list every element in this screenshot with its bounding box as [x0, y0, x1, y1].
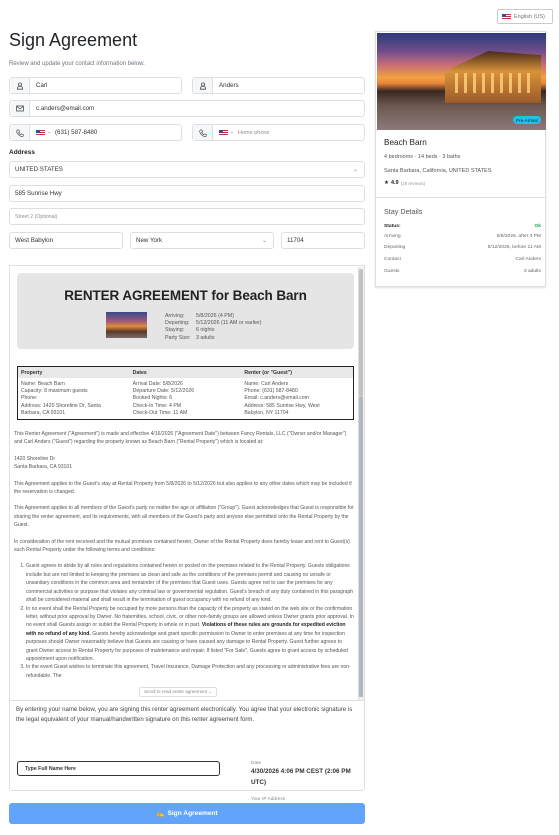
agreement-scroll-area[interactable]: RENTER AGREEMENT for Beach Barn Arriving…	[9, 265, 365, 700]
agreement-summary-table: Property Dates Renter (or "Guest") Name:…	[17, 366, 354, 420]
full-name-input[interactable]: Type Full Name Here	[17, 761, 220, 776]
agreement-header: RENTER AGREEMENT for Beach Barn Arriving…	[17, 273, 354, 349]
agreement-summary: Arriving:5/8/2026 (4 PM) Departing:5/12/…	[165, 313, 262, 342]
state-select[interactable]: New York ⌄	[130, 232, 274, 249]
city-input[interactable]: West Babylon	[9, 232, 123, 249]
term-item: Guest agrees to abide by all rules and r…	[26, 562, 354, 604]
agreement-title: RENTER AGREEMENT for Beach Barn	[17, 288, 354, 303]
scrollbar[interactable]	[358, 267, 364, 700]
divider	[376, 197, 545, 198]
sign-agreement-button[interactable]: ✍ Sign Agreement	[9, 803, 365, 824]
property-specs: 4 bedrooms · 14 beds · 3 baths	[384, 154, 460, 160]
scrollbar-thumb[interactable]	[359, 269, 363, 397]
property-name: Beach Barn	[384, 138, 427, 147]
property-location: Santa Barbara, California, UNITED STATES	[384, 168, 491, 174]
user-icon	[10, 78, 30, 93]
property-thumbnail	[106, 312, 147, 338]
address-label: Address	[9, 149, 35, 156]
stay-row-arriving: Arriving5/8/2026, after 4 PM	[384, 234, 541, 239]
street1-input[interactable]: 585 Sunrise Hwy	[9, 185, 365, 202]
agreement-body: This Renter Agreement ("Agreement") is m…	[14, 430, 354, 680]
first-name-value: Carl	[30, 78, 47, 93]
star-icon: ★	[384, 180, 389, 186]
terms-list: Guest agrees to abide by all rules and r…	[14, 562, 354, 680]
stay-row-guests: Guests3 adults	[384, 269, 541, 274]
table-column-property: Name: Beach BarnCapacity: 8 maximum gues…	[18, 381, 130, 417]
date-label: Date	[251, 761, 261, 766]
status-ok: Ok	[534, 224, 541, 229]
term-item: In no event shall the Rental Property be…	[26, 605, 354, 664]
home-phone-placeholder: Home phone	[233, 125, 270, 140]
stay-details-title: Stay Details	[384, 207, 422, 216]
stay-row-status: Status:Ok	[384, 224, 541, 229]
signature-notice: By entering your name below, you are sig…	[16, 705, 361, 725]
stay-row-departing: Departing5/12/2026, before 11 AM	[384, 245, 541, 250]
property-rating: ★ 4.9 (18 reviews)	[384, 180, 425, 186]
phone-icon	[193, 125, 213, 140]
street2-input[interactable]: Street 2 (Optional)	[9, 208, 365, 225]
mobile-phone-value: (631) 587-8480	[50, 125, 97, 140]
email-value: c.anders@email.com	[30, 101, 94, 116]
phone-country-selector[interactable]: -	[213, 125, 233, 140]
signature-card: By entering your name below, you are sig…	[9, 700, 365, 791]
language-selector[interactable]: English (US)	[497, 9, 553, 24]
stay-row-contact: ContactCarl Anders	[384, 257, 541, 262]
table-header: Dates	[130, 370, 242, 376]
language-label: English (US)	[514, 14, 545, 20]
signature-icon: ✍	[156, 810, 164, 818]
home-phone-field[interactable]: - Home phone	[192, 124, 365, 141]
us-flag-icon	[502, 14, 511, 20]
last-name-field[interactable]: Anders	[192, 77, 365, 94]
table-column-renter: Name: Carl AndersPhone: (631) 587-8480Em…	[241, 381, 353, 417]
phone-country-selector[interactable]: -	[30, 125, 50, 140]
email-field[interactable]: c.anders@email.com	[9, 100, 365, 117]
page-title: Sign Agreement	[9, 30, 137, 51]
table-header: Property	[18, 370, 130, 376]
chevron-down-icon: ⌄	[262, 237, 267, 244]
date-value: 4/30/2026 4:06 PM CEST (2:06 PM UTC)	[251, 767, 363, 788]
envelope-icon	[10, 101, 30, 116]
chevron-down-icon: ⌄	[353, 166, 358, 173]
zip-input[interactable]: 11704	[281, 232, 365, 249]
country-select[interactable]: UNITED STATES ⌄	[9, 161, 365, 178]
first-name-field[interactable]: Carl	[9, 77, 182, 94]
table-header: Renter (or "Guest")	[241, 370, 353, 376]
us-flag-icon	[36, 130, 45, 136]
term-item: In the event Guest wishes to terminate t…	[26, 663, 354, 680]
last-name-value: Anders	[213, 78, 239, 93]
page-subtitle: Review and update your contact informati…	[9, 61, 145, 67]
property-photo: Pre-Arrival	[377, 33, 546, 130]
user-icon	[193, 78, 213, 93]
mobile-phone-field[interactable]: - (631) 587-8480	[9, 124, 182, 141]
us-flag-icon	[219, 130, 228, 136]
table-column-dates: Arrival Date: 5/8/2026Departure Date: 5/…	[130, 381, 242, 417]
property-card: Pre-Arrival Beach Barn 4 bedrooms · 14 b…	[375, 31, 546, 287]
scroll-hint-button[interactable]: Scroll to read entire agreement ⌄	[139, 687, 217, 697]
phone-icon	[10, 125, 30, 140]
status-badge: Pre-Arrival	[513, 116, 541, 124]
